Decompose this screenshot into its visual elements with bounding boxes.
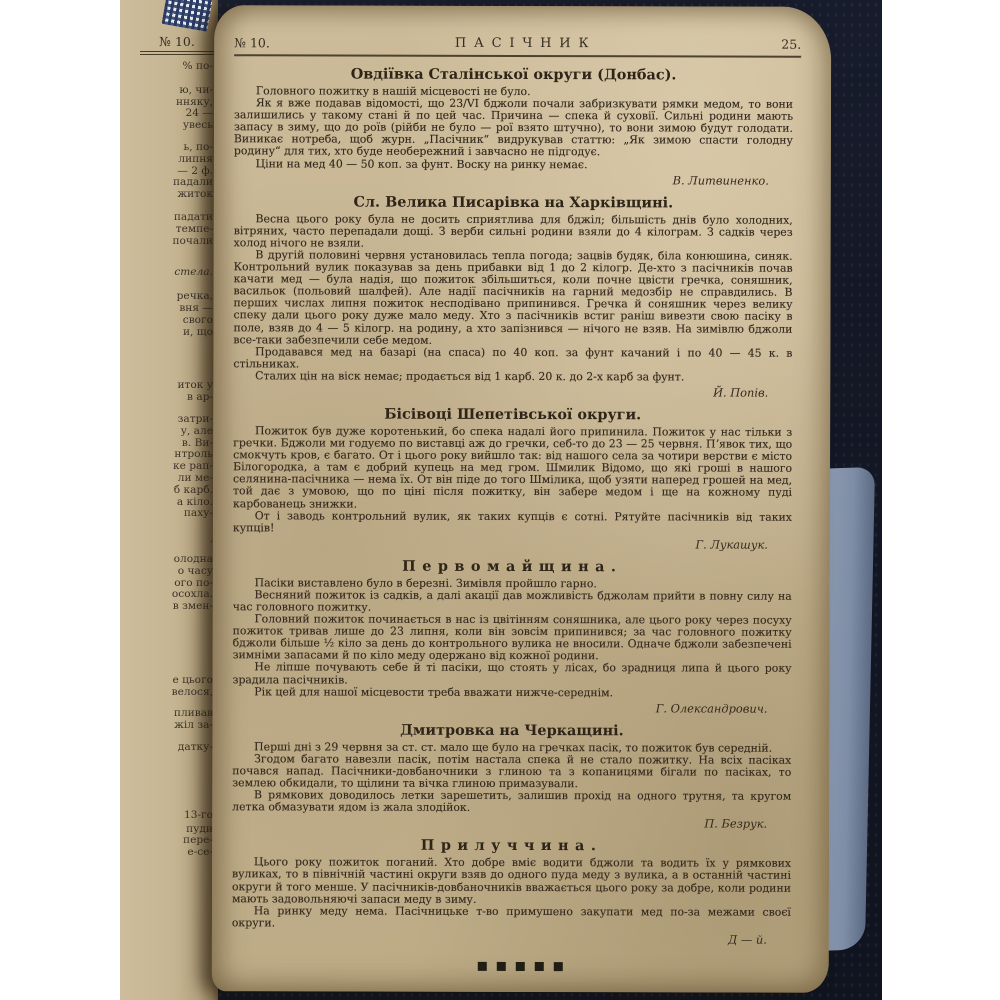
article-paragraph: Продавався мед на базарі (на спаса) по 4…	[233, 346, 792, 372]
fragment-line: темпе-	[120, 224, 213, 236]
article-heading: Овдіївка Сталінської округи (Донбас).	[234, 65, 793, 83]
previous-page-edge: № 10. % по-ю, чи-нняку,24 —увесьь, по-ли…	[120, 0, 218, 1000]
ornament-square	[478, 962, 487, 971]
article: Прилуччина.Цього року пожиток поганий. Х…	[232, 837, 791, 947]
book-photo: № 10. % по-ю, чи-нняку,24 —увесьь, по-ли…	[120, 0, 882, 1000]
article-paragraph: Сталих цін на віск немає; продається від…	[233, 370, 792, 384]
article-heading: Прилуччина.	[232, 837, 791, 855]
previous-page-issue-number: № 10.	[140, 34, 214, 55]
fragment-line: стела.	[120, 267, 213, 279]
article-paragraph: Ціни на мед 40 — 50 коп. за фунт. Воску …	[234, 158, 793, 172]
article-signature: В. Литвиненко.	[234, 172, 793, 187]
article-paragraph: Весняний пожиток із садків, а далі акаці…	[233, 589, 792, 615]
fragment-line: % по-	[120, 61, 213, 73]
page-number: 25.	[781, 37, 801, 52]
articles-column: Овдіївка Сталінської округи (Донбас).Гол…	[212, 56, 831, 946]
fragment-line: ю, чи-	[120, 85, 213, 97]
fragment-line: о часу	[120, 566, 213, 578]
article-heading: Сл. Велика Писарівка на Харківщині.	[234, 193, 793, 211]
fragment-line: у, але	[120, 426, 213, 438]
article-heading: Дмитровка на Черкащині.	[232, 721, 791, 739]
fragment-line: е цього	[120, 675, 213, 687]
fragment-line: датку-	[120, 742, 213, 754]
fragment-line: паху-	[120, 508, 213, 520]
article-paragraph: Пожиток був дуже коротенький, бо спека н…	[233, 425, 792, 511]
article: Дмитровка на Черкащині.Перші дні з 29 че…	[232, 721, 791, 831]
ornament-square	[497, 962, 506, 971]
page-header: № 10. ПАСІЧНИК 25.	[234, 35, 801, 57]
fragment-line: ли ме-	[120, 473, 213, 485]
journal-title: ПАСІЧНИК	[455, 36, 596, 51]
fragment-line: 13-го	[120, 810, 213, 822]
issue-number: № 10.	[234, 35, 270, 50]
article-signature: П. Безрук.	[232, 816, 791, 831]
fragment-line: липня	[120, 154, 213, 166]
article-paragraph: Згодом багато навезли пасік, потім наста…	[232, 753, 791, 791]
fragment-line: в змен-	[120, 601, 213, 613]
article-paragraph: Як я вже подавав відомості, що 23/VI бдж…	[234, 97, 793, 159]
article-signature: Й. Попів.	[233, 384, 792, 399]
photo-canvas: № 10. % по-ю, чи-нняку,24 —увесьь, по-ли…	[0, 0, 1000, 1000]
fragment-line: почали	[120, 236, 213, 248]
ornament-square	[554, 962, 563, 971]
article-paragraph: Цього року пожиток поганий. Хто добре вм…	[232, 857, 791, 907]
fragment-line: падати	[120, 212, 213, 224]
fragment-line: .	[120, 534, 213, 546]
article: Бісівоці Шепетівської округи.Пожиток був…	[233, 405, 792, 551]
fragment-line: б карб.	[120, 485, 213, 497]
fragment-line: е-се-	[120, 847, 213, 859]
article-paragraph: В другій половині червня установилась те…	[233, 249, 792, 347]
article-paragraph: Весна цього року була не досить сприятли…	[234, 213, 793, 251]
article-paragraph: От і заводь контрольний вулик, як таких …	[233, 510, 792, 536]
fragment-line: велося,	[120, 687, 213, 699]
article-signature: Д — й.	[232, 931, 791, 946]
article-paragraph: Не ліпше почувають себе й ті пасіки, що …	[233, 662, 792, 688]
fragment-line: олодна	[120, 554, 213, 566]
article: Первомайщина.Пасіки виставлено було в бе…	[232, 557, 791, 715]
article-paragraph: В рямкових доводилось летки зарешетить, …	[232, 789, 791, 815]
previous-page-text-fragments: % по-ю, чи-нняку,24 —увесьь, по-липня— 2…	[120, 61, 218, 859]
article-heading: Бісівоці Шепетівської округи.	[233, 405, 792, 423]
fragment-line: свого	[120, 315, 213, 327]
fragment-line: в ар-	[120, 392, 213, 404]
fragment-line: и, що	[120, 327, 213, 339]
fragment-line: увесь	[120, 120, 213, 132]
fragment-line: жіл за-	[120, 720, 213, 732]
ornament-square	[516, 962, 525, 971]
ornament-square	[535, 962, 544, 971]
article-signature: Г. Лукашук.	[233, 536, 792, 551]
article-paragraph: Рік цей для нашої місцевости треба вважа…	[232, 686, 791, 700]
article: Овдіївка Сталінської округи (Донбас).Гол…	[234, 65, 793, 187]
article: Сл. Велика Писарівка на Харківщині.Весна…	[233, 193, 793, 400]
fragment-line: затри-	[120, 414, 213, 426]
fragment-line: житок	[120, 189, 213, 201]
article-signature: Г. Олександрович.	[232, 700, 791, 715]
fragment-line: ь, по-	[120, 142, 213, 154]
journal-page: № 10. ПАСІЧНИК 25. Овдіївка Сталінської …	[212, 5, 832, 993]
article-heading: Первомайщина.	[233, 557, 792, 575]
article-paragraph: На ринку меду нема. Пасічницьке т-во при…	[232, 905, 791, 931]
fragment-line: вня —	[120, 303, 213, 315]
footer-ornament	[212, 955, 829, 976]
article-paragraph: Головний пожиток починається в нас із цв…	[233, 613, 792, 663]
